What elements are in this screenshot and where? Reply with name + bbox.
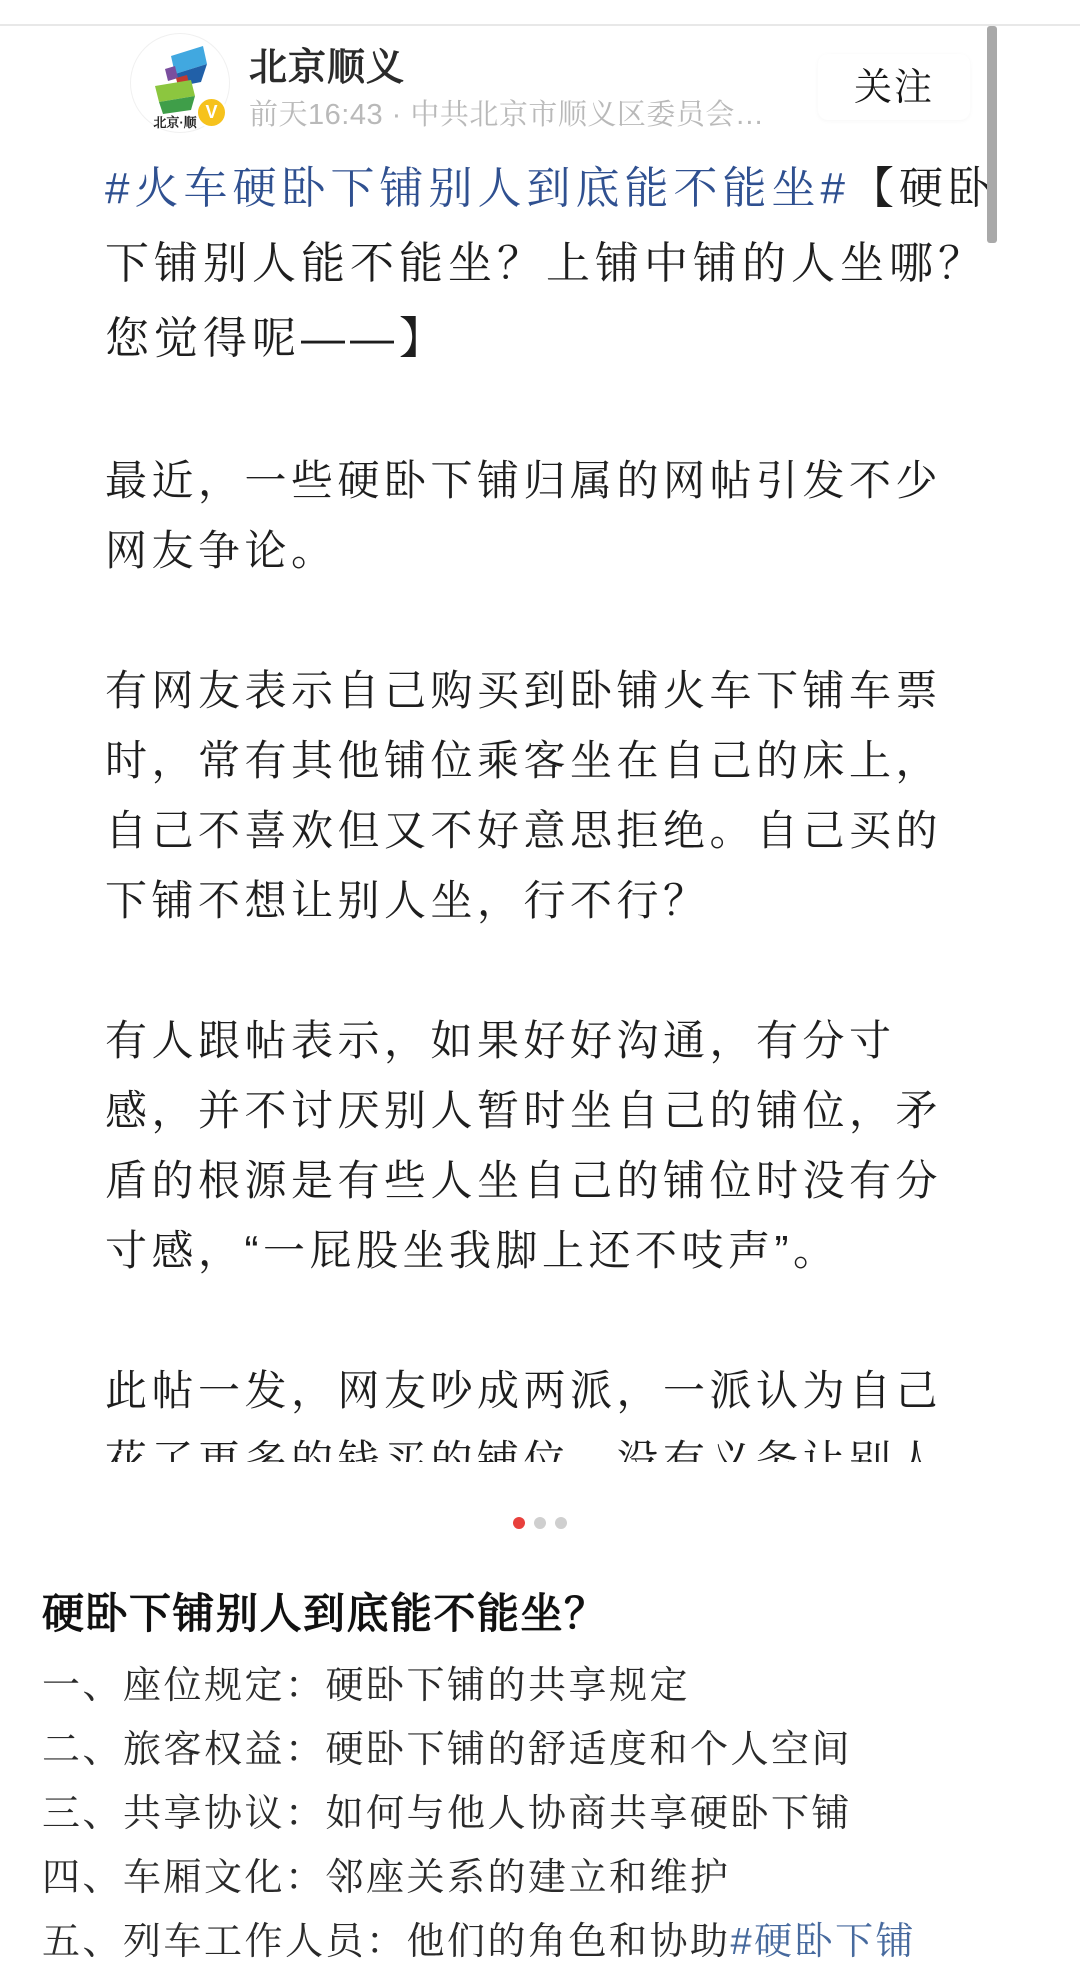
status-strip (0, 0, 1080, 26)
summary-section: 硬卧下铺别人到底能不能坐？ 一、座位规定：硬卧下铺的共享规定 二、旅客权益：硬卧… (42, 1588, 1042, 1974)
scrollbar-thumb[interactable] (987, 26, 997, 243)
avatar[interactable]: 北京·顺 V (131, 34, 229, 132)
summary-item: 五、列车工作人员：他们的角色和协助#硬卧下铺 (42, 1910, 1042, 1974)
summary-item-text: 五、列车工作人员：他们的角色和协助 (42, 1921, 731, 1963)
carousel-dot (534, 1517, 546, 1529)
post-paragraph: 最近，一些硬卧下铺归属的网帖引发不少 网友争论。 (105, 446, 985, 586)
summary-list: 一、座位规定：硬卧下铺的共享规定 二、旅客权益：硬卧下铺的舒适度和个人空间 三、… (42, 1654, 1042, 1974)
post-meta: 前天16:43 · 中共北京市顺义区委员会… (249, 92, 764, 133)
summary-item: 三、共享协议：如何与他人协商共享硬卧下铺 (42, 1782, 1042, 1846)
verified-badge-icon: V (196, 97, 227, 128)
post-title: #火车硬卧下铺别人到底能不能坐#【硬卧 下铺别人能不能坐？上铺中铺的人坐哪？ 您… (105, 151, 1025, 376)
follow-button[interactable]: 关注 (818, 54, 970, 120)
carousel-dot (555, 1517, 567, 1529)
summary-item: 四、车厢文化：邻座关系的建立和维护 (42, 1846, 1042, 1910)
carousel-dot-active (513, 1517, 525, 1529)
summary-item: 一、座位规定：硬卧下铺的共享规定 (42, 1654, 1042, 1718)
post-paragraph: 此帖一发，网友吵成两派，一派认为自己 花了更多的钱买的铺位，没有义务让别人 (105, 1356, 985, 1462)
summary-item: 二、旅客权益：硬卧下铺的舒适度和个人空间 (42, 1718, 1042, 1782)
topic-hashtag-link[interactable]: #火车硬卧下铺别人到底能不能坐# (105, 164, 850, 213)
post-paragraph: 有人跟帖表示，如果好好沟通，有分寸 感，并不讨厌别人暂时坐自己的铺位，矛 盾的根… (105, 1006, 985, 1286)
summary-heading: 硬卧下铺别人到底能不能坐？ (42, 1588, 1042, 1640)
summary-hashtag-link[interactable]: #硬卧下铺 (731, 1921, 917, 1963)
post-card: 北京·顺 V 北京顺义 前天16:43 · 中共北京市顺义区委员会… 关注 #火… (0, 26, 1080, 1462)
carousel-indicator (0, 1517, 1080, 1529)
post-paragraph: 有网友表示自己购买到卧铺火车下铺车票 时，常有其他铺位乘客坐在自己的床上， 自己… (105, 656, 985, 936)
post-content: #火车硬卧下铺别人到底能不能坐#【硬卧 下铺别人能不能坐？上铺中铺的人坐哪？ 您… (105, 151, 1025, 1462)
avatar-caption: 北京·顺 (153, 115, 197, 130)
username[interactable]: 北京顺义 (249, 36, 405, 91)
